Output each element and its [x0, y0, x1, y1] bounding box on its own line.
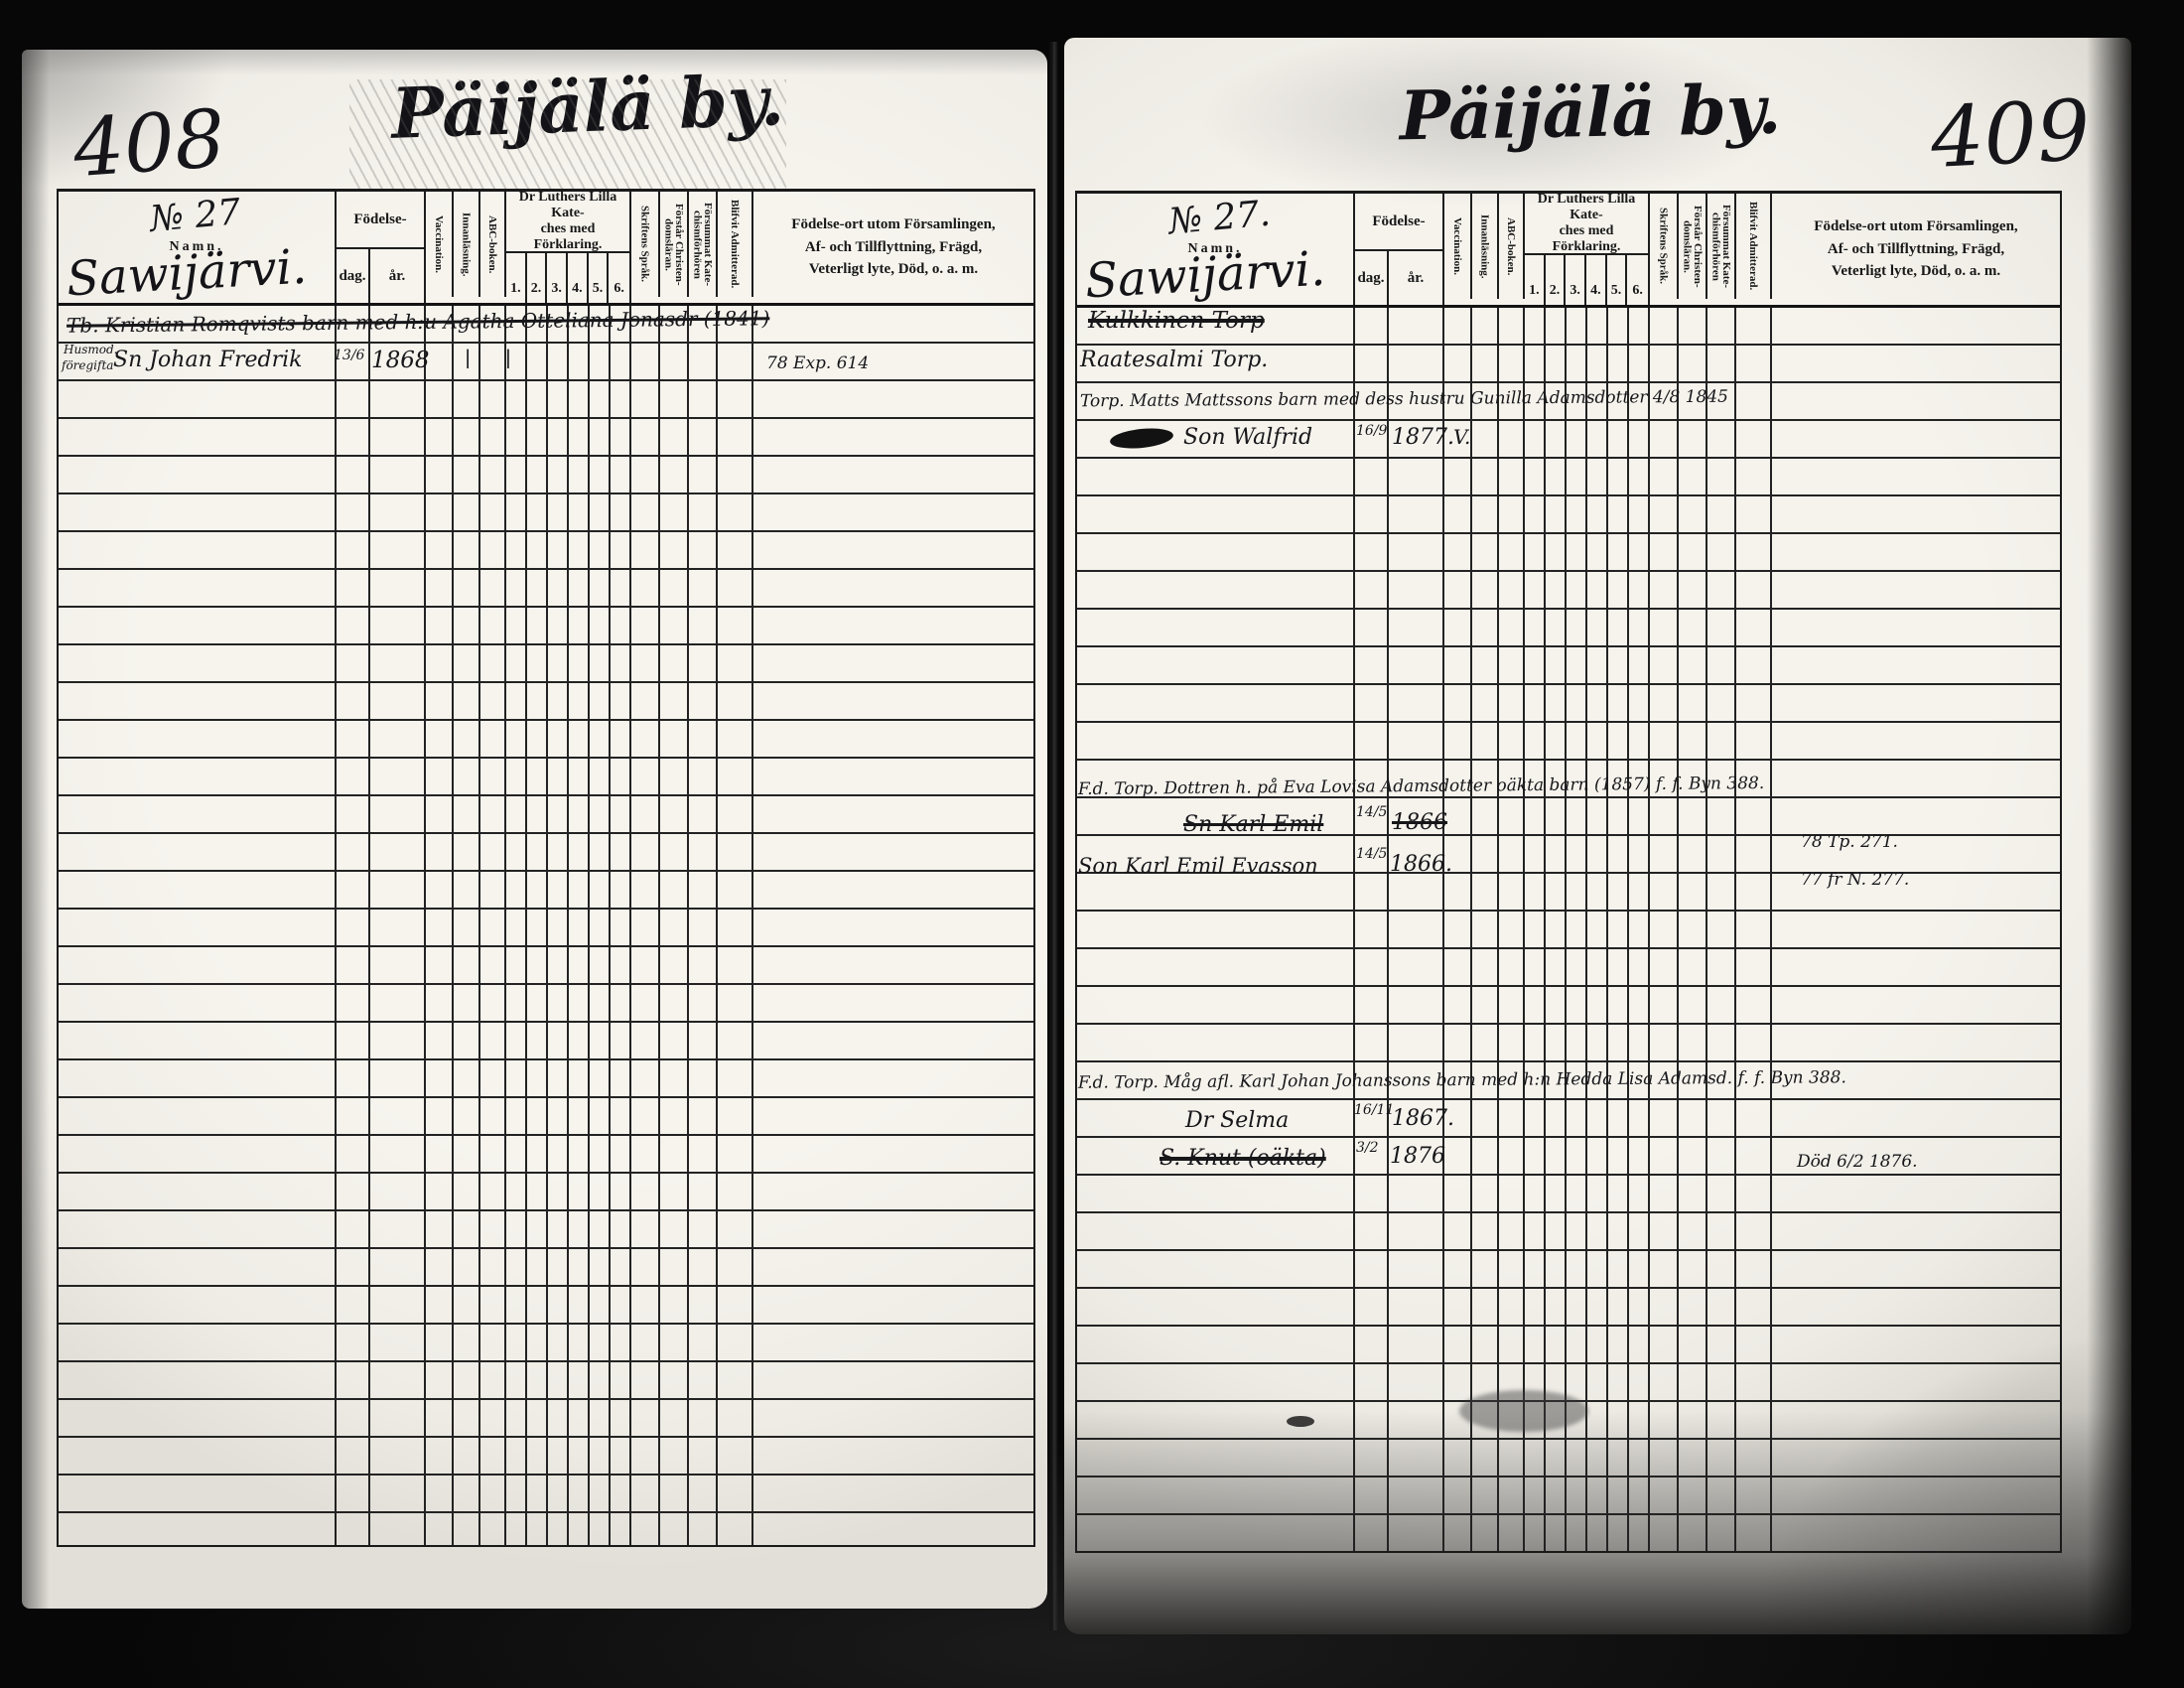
- cat-col-1: 1.: [506, 253, 527, 303]
- record-number-right: № 27.: [1166, 194, 1272, 243]
- header-remarks: Födelse-ort utom Församlingen, Af- och T…: [1772, 194, 2060, 305]
- entry-r1-farm: Kulkkinen Torp: [1088, 308, 1265, 334]
- page-number-right: 409: [1929, 81, 2093, 187]
- body-col: [718, 306, 753, 1545]
- body-col: [753, 306, 1033, 1545]
- cat-col-5: 5.: [589, 253, 610, 303]
- register-table-left: № 27 Namn. Sawijärvi. Födelse- dag. år. …: [57, 189, 1035, 1547]
- remarks-label-3: Veterligt lyte, Död, o. a. m.: [809, 258, 978, 281]
- entry-r4-vacc-mark: V.: [1453, 425, 1470, 449]
- body-col: [1587, 308, 1608, 1551]
- entry-r6-name: Sn Karl Emil: [1183, 812, 1323, 837]
- birth-label: Födelse-: [1355, 194, 1442, 251]
- catechism-label-1: Dr Luthers Lilla Kate-: [1525, 192, 1648, 223]
- body-col: [1567, 308, 1587, 1551]
- entry-r10-note: Död 6/2 1876.: [1797, 1152, 1918, 1172]
- catechism-label-2: ches med Förklaring.: [1525, 223, 1648, 255]
- body-col: [1472, 308, 1499, 1551]
- cat-col-6: 6.: [609, 253, 629, 303]
- header-birth: Födelse- dag. år.: [1355, 194, 1444, 305]
- body-col: [480, 306, 506, 1545]
- body-col: [660, 306, 689, 1545]
- cat-col-5: 5.: [1607, 255, 1628, 305]
- body-col: [1707, 308, 1736, 1551]
- body-col: [611, 306, 631, 1545]
- cat-col-2: 2.: [1546, 255, 1567, 305]
- body-col: [59, 306, 337, 1545]
- body-col: [590, 306, 611, 1545]
- header-admitted: Blifvit Admit­terad.: [1736, 194, 1772, 299]
- header-reading: Innanläsning.: [454, 192, 480, 297]
- header-understands-doctrine: Förstår Christen­domsläran.: [660, 192, 689, 297]
- entry-r2-farm: Raatesalmi Torp.: [1080, 348, 1268, 372]
- entry-r4-day: 16/9: [1356, 423, 1387, 439]
- body-col: [1546, 308, 1567, 1551]
- entry-r7-day: 14/5: [1356, 846, 1387, 862]
- year-label: år.: [370, 249, 424, 303]
- body-col: [1444, 308, 1472, 1551]
- body-col: [1679, 308, 1707, 1551]
- body-col: [548, 306, 569, 1545]
- entry-r6-note: 78 Tp. 271.: [1801, 832, 1898, 852]
- catechism-label-1: Dr Luthers Lilla Kate-: [506, 190, 629, 221]
- body-col: [1077, 308, 1355, 1551]
- body-col: [1389, 308, 1444, 1551]
- body-col: [1525, 308, 1546, 1551]
- village-name-right: Sawijärvi.: [1084, 241, 1327, 310]
- village-name-left: Sawijärvi.: [66, 239, 309, 308]
- remarks-label-1: Födelse-ort utom Församlingen,: [791, 213, 995, 236]
- entry-row2-prefix-top: Husmod.: [64, 344, 117, 356]
- body-col: [569, 306, 590, 1545]
- header-abc-book: ABC-boken.: [1499, 194, 1525, 299]
- entry-r7-name: Son Karl Emil Evasson: [1078, 854, 1318, 878]
- header-vaccination: Vaccination.: [1444, 194, 1472, 299]
- page-title-left: Päijälä by.: [309, 56, 868, 157]
- page-title-right: Päijälä by.: [1311, 69, 1868, 158]
- body-col: [506, 306, 527, 1545]
- body-col: [454, 306, 480, 1545]
- cat-col-6: 6.: [1627, 255, 1648, 305]
- header-remarks: Födelse-ort utom Församlingen, Af- och T…: [753, 192, 1033, 303]
- header-scripture-language: Skriftens Språk.: [1650, 194, 1679, 299]
- body-col: [1629, 308, 1650, 1551]
- year-label: år.: [1389, 251, 1442, 305]
- entry-r9-day: 16/11: [1354, 1102, 1394, 1118]
- body-col: [1608, 308, 1629, 1551]
- header-catechism: Dr Luthers Lilla Kate- ches med Förklari…: [506, 192, 631, 303]
- body-col: [426, 306, 454, 1545]
- header-name-right: № 27. Namn. Sawijärvi.: [1077, 194, 1355, 305]
- header-abc-book: ABC-boken.: [480, 192, 506, 297]
- body-col: [337, 306, 370, 1545]
- body-col: [527, 306, 548, 1545]
- body-col: [1355, 308, 1389, 1551]
- table-body-left: [59, 306, 1033, 1545]
- entry-r10-day: 3/2: [1356, 1140, 1379, 1156]
- entry-r6-day: 14/5: [1356, 804, 1387, 820]
- body-col: [631, 306, 660, 1545]
- table-body-right: [1077, 308, 2060, 1551]
- entry-r10-year: 1876: [1390, 1144, 1445, 1169]
- remarks-label-1: Födelse-ort utom Församlingen,: [1814, 215, 2017, 238]
- entry-r7-note: 77 fr N. 277.: [1801, 870, 1909, 890]
- header-reading: Innanläsning.: [1472, 194, 1499, 299]
- cat-col-2: 2.: [527, 253, 548, 303]
- day-label: dag.: [337, 249, 370, 303]
- cat-col-4: 4.: [1586, 255, 1607, 305]
- body-col: [1499, 308, 1525, 1551]
- day-label: dag.: [1355, 251, 1389, 305]
- record-number-left: № 27: [148, 192, 242, 240]
- body-col: [1736, 308, 1772, 1551]
- remarks-label-2: Af- och Tillflyttning, Frägd,: [1828, 238, 2004, 261]
- entry-r7-year: 1866.: [1390, 852, 1452, 877]
- book-binding-gutter: [1048, 42, 1058, 1630]
- entry-r9-name: Dr Selma: [1185, 1108, 1289, 1133]
- entry-r9-year: 1867.: [1392, 1106, 1454, 1131]
- remarks-label-2: Af- och Tillflyttning, Frägd,: [805, 236, 982, 259]
- body-col: [1650, 308, 1679, 1551]
- header-scripture-language: Skriftens Språk.: [631, 192, 660, 297]
- cat-col-3: 3.: [1566, 255, 1586, 305]
- entry-row2-year: 1868: [371, 348, 430, 373]
- scanned-book-spread: 408 Päijälä by. № 27 Namn. Sawijärvi. Fö…: [0, 0, 2184, 1688]
- entry-row2-marks: ∣ ∣: [465, 348, 525, 371]
- cat-col-3: 3.: [547, 253, 568, 303]
- page-left: 408 Päijälä by. № 27 Namn. Sawijärvi. Fö…: [22, 50, 1047, 1609]
- header-missed-examinations: Försummat Kate­chismförhören: [1707, 194, 1736, 299]
- entry-r6-year: 1866: [1392, 810, 1447, 835]
- smudge-mark: [1459, 1390, 1588, 1432]
- header-understands-doctrine: Förstår Christen­domsläran.: [1679, 194, 1707, 299]
- entry-r4-year: 1877.: [1392, 425, 1454, 450]
- cat-col-4: 4.: [568, 253, 589, 303]
- page-right: 409 Päijälä by. № 27. Namn. Sawijärvi. F…: [1064, 38, 2131, 1634]
- page-number-left: 408: [70, 92, 228, 195]
- entry-row2-prefix-bottom: föregifta: [62, 359, 113, 372]
- entry-row2-day: 13/6: [334, 348, 364, 363]
- body-col: [1772, 308, 2060, 1551]
- header-name-left: № 27 Namn. Sawijärvi.: [59, 192, 337, 303]
- header-birth: Födelse- dag. år.: [337, 192, 426, 303]
- header-missed-examinations: Försummat Kate­chismförhören: [689, 192, 718, 297]
- entry-row2-name: Sn Johan Fredrik: [113, 348, 303, 372]
- header-vaccination: Vaccination.: [426, 192, 454, 297]
- body-col: [689, 306, 718, 1545]
- entry-r10-name: S. Knut (oäkta): [1160, 1146, 1326, 1171]
- entry-r4-name: Son Walfrid: [1183, 425, 1312, 450]
- body-col: [370, 306, 426, 1545]
- table-header-right: № 27. Namn. Sawijärvi. Födelse- dag. år.…: [1077, 194, 2060, 308]
- header-admitted: Blifvit Admit­terad.: [718, 192, 753, 297]
- table-header-left: № 27 Namn. Sawijärvi. Födelse- dag. år. …: [59, 192, 1033, 306]
- header-catechism: Dr Luthers Lilla Kate- ches med Förklari…: [1525, 194, 1650, 305]
- entry-row2-note: 78 Exp. 614: [766, 353, 869, 373]
- remarks-label-3: Veterligt lyte, Död, o. a. m.: [1832, 260, 2000, 283]
- catechism-label-2: ches med Förklaring.: [506, 221, 629, 253]
- birth-label: Födelse-: [337, 192, 424, 249]
- cat-col-1: 1.: [1525, 255, 1546, 305]
- ink-blot-small: [1287, 1416, 1314, 1427]
